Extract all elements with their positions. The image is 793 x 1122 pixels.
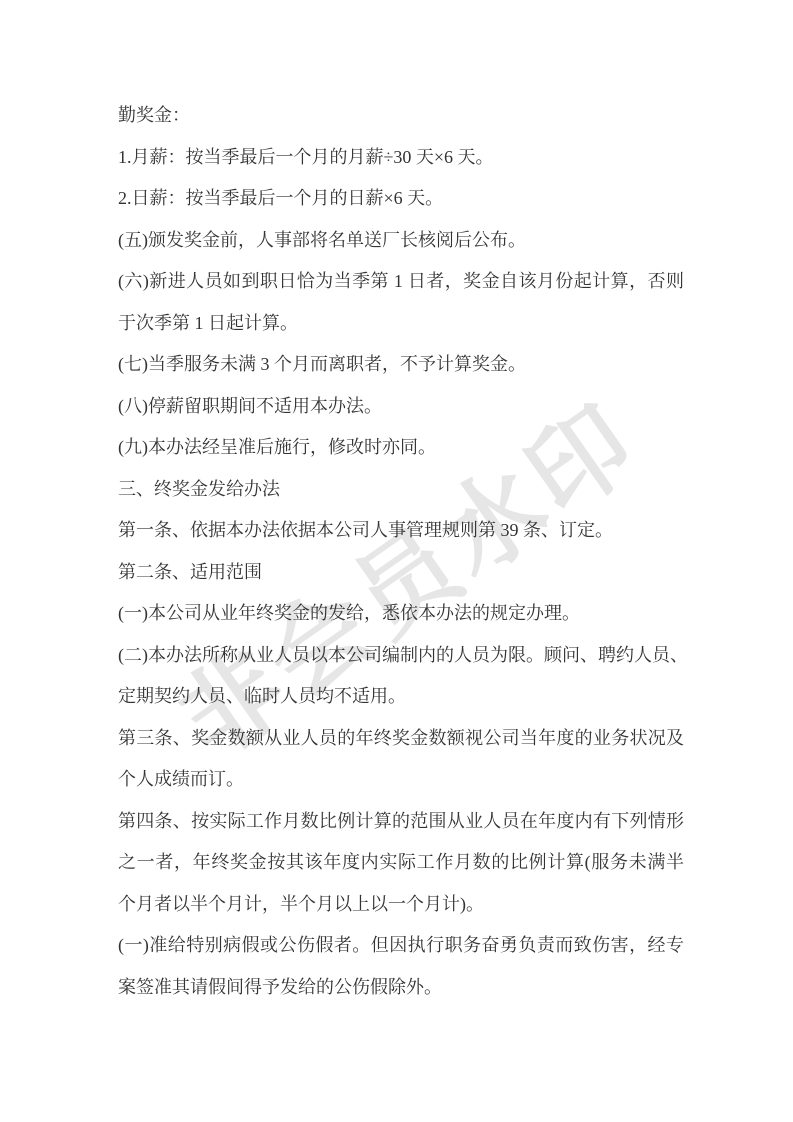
- document-content: 勤奖金：1.月薪：按当季最后一个月的月薪÷30 天×6 天。2.日薪：按当季最后…: [118, 95, 684, 1008]
- text-line: 定期契约人员、临时人员均不适用。: [118, 676, 684, 718]
- text-line: 第四条、按实际工作月数比例计算的范围从业人员在年度内有下列情形: [118, 801, 684, 843]
- text-line: 之一者，年终奖金按其该年度内实际工作月数的比例计算(服务未满半: [118, 842, 684, 884]
- text-line: (一)本公司从业年终奖金的发给，悉依本办法的规定办理。: [118, 593, 684, 635]
- text-line: 第二条、适用范围: [118, 552, 684, 594]
- text-line: 三、终奖金发给办法: [118, 469, 684, 511]
- text-line: (六)新进人员如到职日恰为当季第 1 日者，奖金自该月份起计算，否则: [118, 261, 684, 303]
- text-line: 个人成绩而订。: [118, 759, 684, 801]
- text-line: 第三条、奖金数额从业人员的年终奖金数额视公司当年度的业务状况及: [118, 718, 684, 760]
- text-line: (二)本办法所称从业人员以本公司编制内的人员为限。顾问、聘约人员、: [118, 635, 684, 677]
- text-line: (九)本办法经呈准后施行，修改时亦同。: [118, 427, 684, 469]
- text-line: (一)准给特别病假或公伤假者。但因执行职务奋勇负责而致伤害，经专: [118, 925, 684, 967]
- text-line: 第一条、依据本办法依据本公司人事管理规则第 39 条、订定。: [118, 510, 684, 552]
- text-line: 1.月薪：按当季最后一个月的月薪÷30 天×6 天。: [118, 137, 684, 179]
- text-line: (五)颁发奖金前，人事部将名单送厂长核阅后公布。: [118, 220, 684, 262]
- text-line: 案签准其请假间得予发给的公伤假除外。: [118, 967, 684, 1009]
- text-line: 个月者以半个月计，半个月以上以一个月计)。: [118, 884, 684, 926]
- text-line: 2.日薪：按当季最后一个月的日薪×6 天。: [118, 178, 684, 220]
- document-page: 非会员水印 勤奖金：1.月薪：按当季最后一个月的月薪÷30 天×6 天。2.日薪…: [0, 0, 793, 1122]
- text-line: (七)当季服务未满 3 个月而离职者，不予计算奖金。: [118, 344, 684, 386]
- text-line: 勤奖金：: [118, 95, 684, 137]
- text-line: (八)停薪留职期间不适用本办法。: [118, 386, 684, 428]
- text-line: 于次季第 1 日起计算。: [118, 303, 684, 345]
